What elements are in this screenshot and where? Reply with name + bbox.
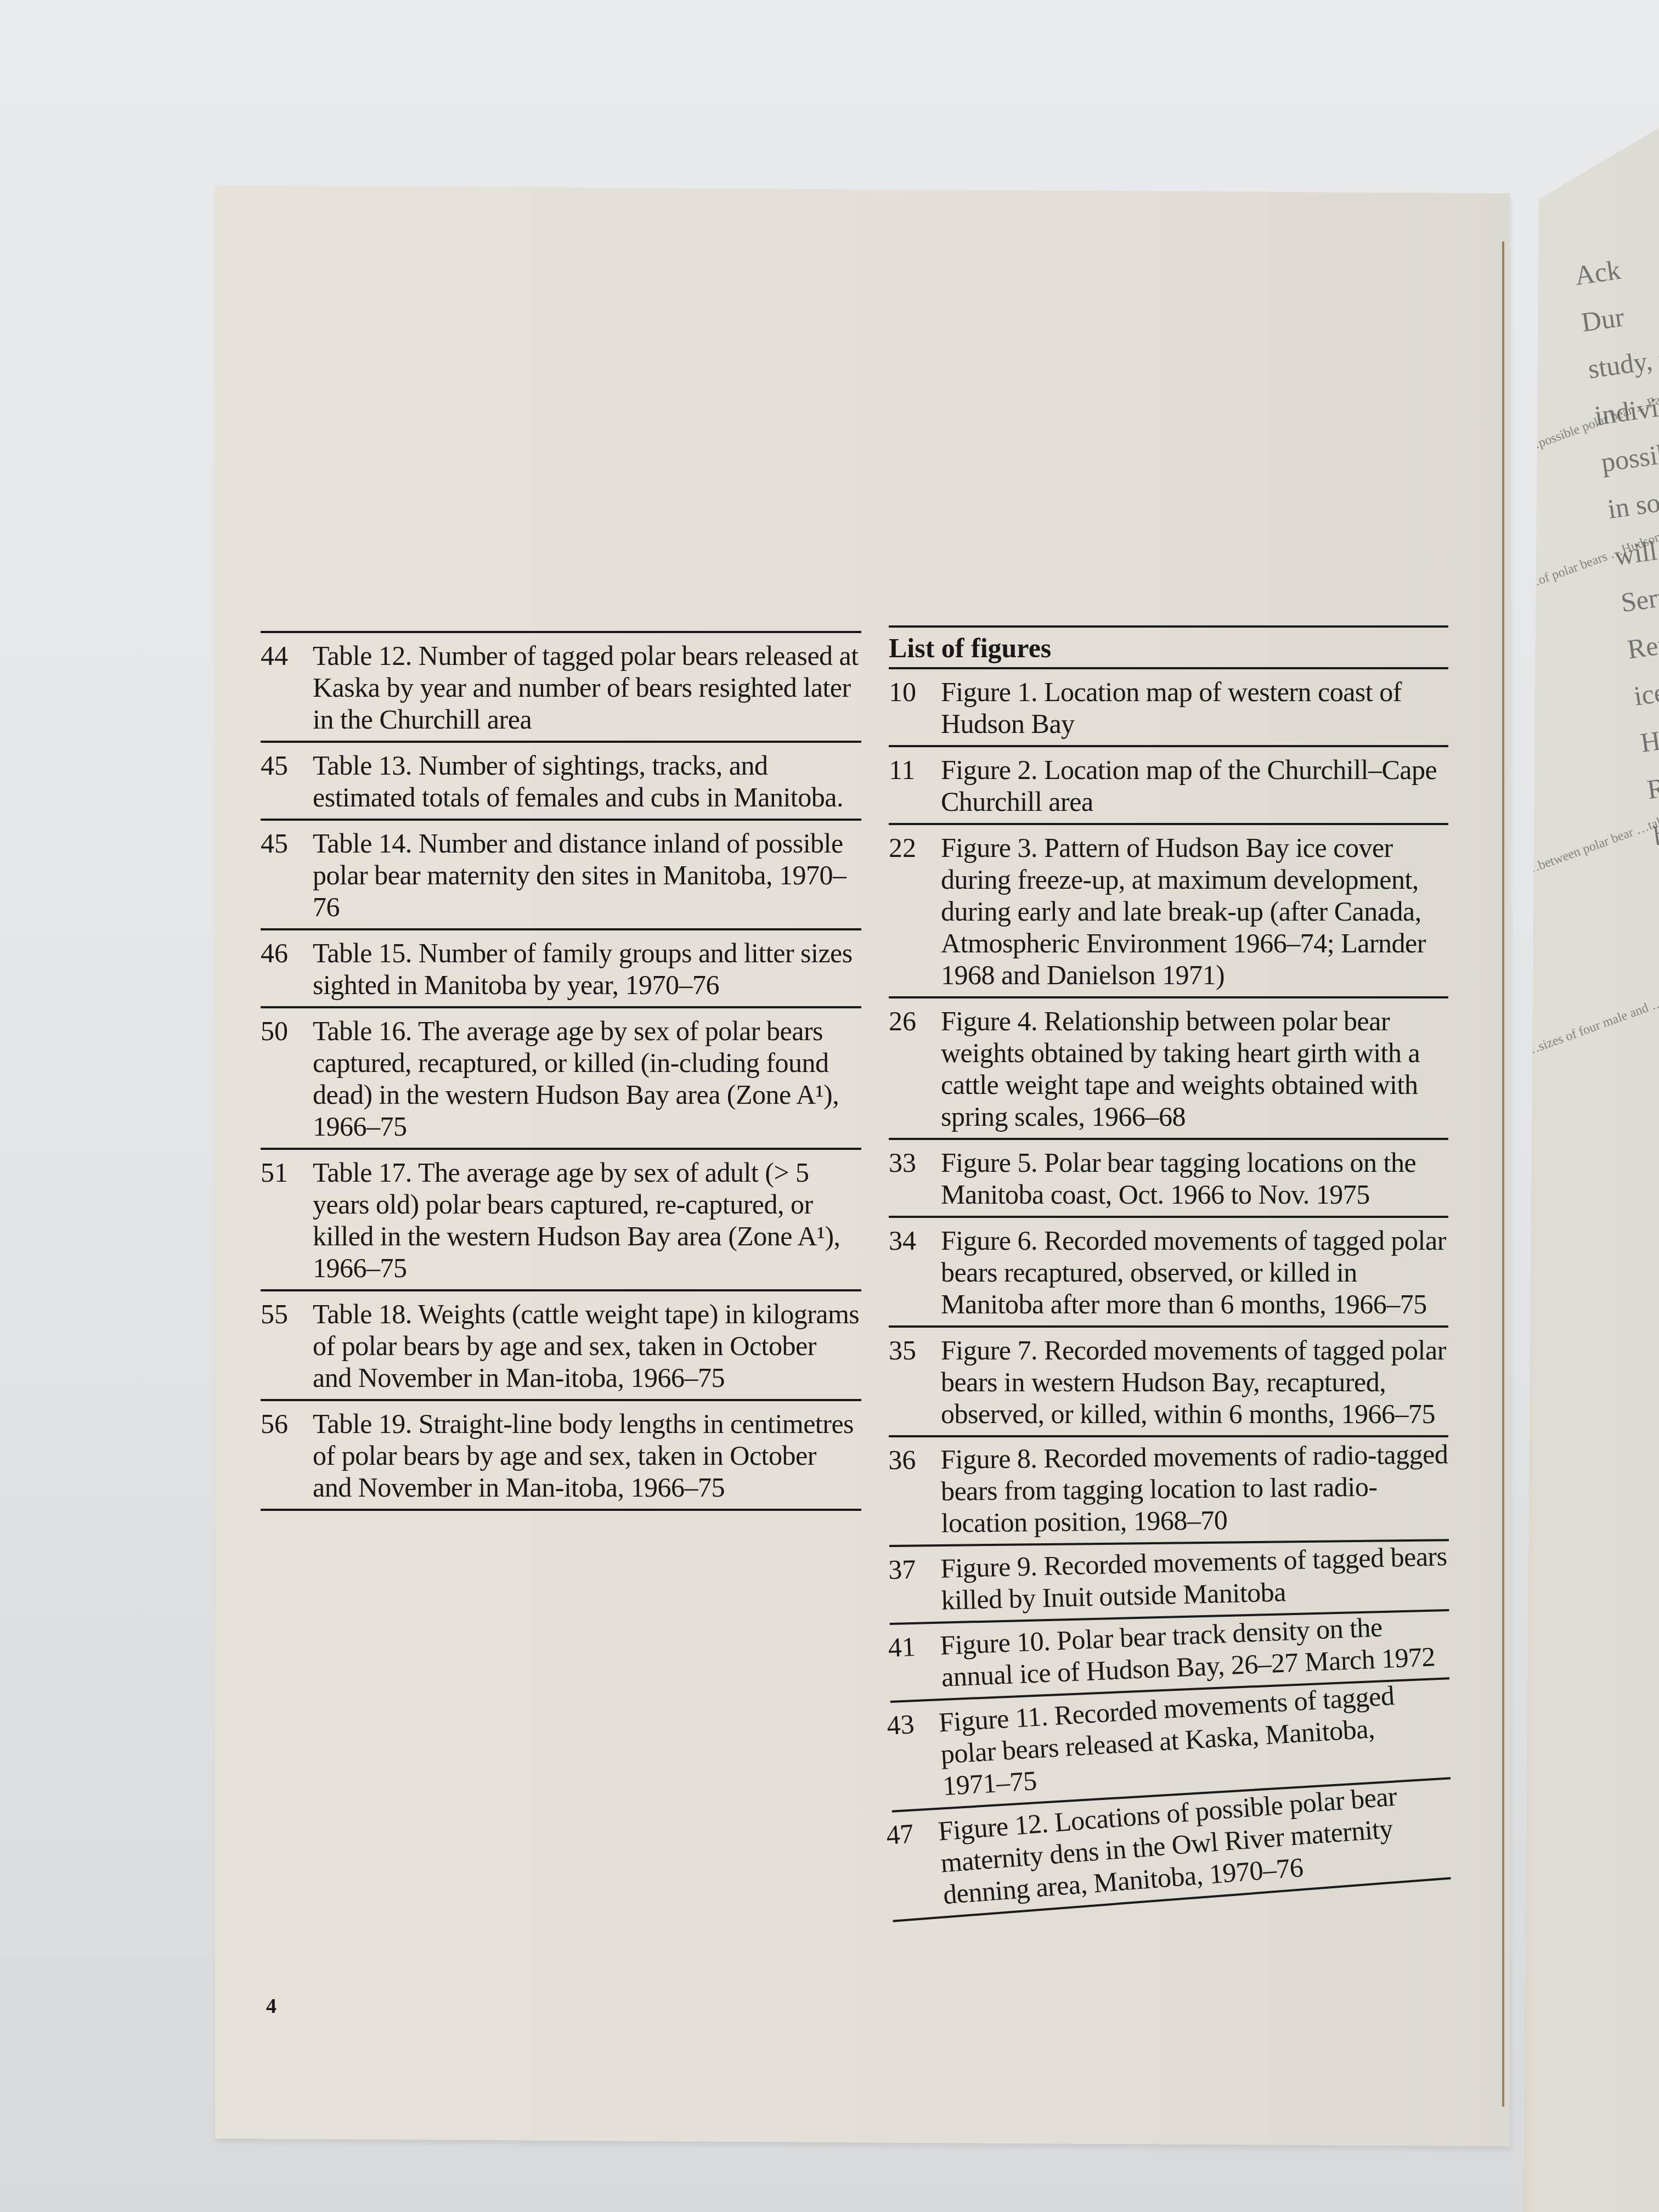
entry-caption: Figure 7. Recorded movements of tagged p…	[941, 1334, 1448, 1430]
page-reference: 51	[261, 1156, 313, 1188]
page-reference: 11	[889, 754, 941, 786]
toc-entry[interactable]: 34 Figure 6. Recorded movements of tagge…	[889, 1218, 1448, 1328]
page-reference: 10	[889, 676, 941, 708]
page-reference: 46	[261, 937, 313, 969]
page-reference: 55	[261, 1298, 313, 1330]
facing-page-caption: …between polar bear …taking heart girth …	[1523, 817, 1653, 879]
toc-entry[interactable]: 50 Table 16. The average age by sex of p…	[261, 1008, 861, 1150]
entry-caption: Table 18. Weights (cattle weight tape) i…	[313, 1298, 861, 1393]
page-reference: 22	[889, 832, 941, 864]
page-reference: 34	[889, 1224, 941, 1256]
page-reference: 33	[889, 1147, 941, 1178]
facing-page-caption: …sizes of four male and …with three or m…	[1523, 998, 1653, 1060]
toc-entry[interactable]: 10 Figure 1. Location map of western coa…	[889, 669, 1448, 747]
entry-caption: Figure 6. Recorded movements of tagged p…	[941, 1224, 1448, 1320]
entry-caption: Figure 8. Recorded movements of radio-ta…	[940, 1438, 1449, 1539]
page-reference: 41	[888, 1629, 941, 1663]
book-spine	[1502, 241, 1504, 2107]
entry-caption: Figure 5. Polar bear tagging locations o…	[941, 1147, 1448, 1210]
facing-page: AckDurstudy, weindividualpossible toin s…	[1506, 0, 1659, 2212]
list-of-tables: 44 Table 12. Number of tagged polar bear…	[261, 631, 861, 1511]
entry-caption: Figure 4. Relationship between polar bea…	[941, 1005, 1448, 1132]
toc-entry[interactable]: 22 Figure 3. Pattern of Hudson Bay ice c…	[889, 825, 1448, 998]
facing-page-line: Ack	[1572, 229, 1659, 299]
page-reference: 47	[885, 1815, 939, 1851]
toc-entry[interactable]: 51 Table 17. The average age by sex of a…	[261, 1150, 861, 1291]
page-reference: 26	[889, 1005, 941, 1037]
entry-caption: Table 13. Number of sightings, tracks, a…	[313, 749, 861, 813]
list-of-figures: List of figures 10 Figure 1. Location ma…	[889, 625, 1448, 1922]
entry-caption: Figure 3. Pattern of Hudson Bay ice cove…	[941, 832, 1448, 991]
toc-entry[interactable]: 55 Table 18. Weights (cattle weight tape…	[261, 1291, 861, 1401]
toc-entry[interactable]: 45 Table 14. Number and distance inland …	[261, 821, 861, 930]
entry-caption: Table 12. Number of tagged polar bears r…	[313, 640, 861, 735]
toc-entry[interactable]: 45 Table 13. Number of sightings, tracks…	[261, 743, 861, 821]
page-reference: 45	[261, 749, 313, 781]
entry-caption: Table 17. The average age by sex of adul…	[313, 1156, 861, 1284]
entry-caption: Table 14. Number and distance inland of …	[313, 827, 861, 923]
toc-entry[interactable]: 56 Table 19. Straight-line body lengths …	[261, 1401, 861, 1511]
entry-caption: Figure 2. Location map of the Churchill–…	[941, 754, 1448, 817]
page-reference: 56	[261, 1408, 313, 1440]
toc-entry[interactable]: 46 Table 15. Number of family groups and…	[261, 930, 861, 1008]
toc-entry[interactable]: 44 Table 12. Number of tagged polar bear…	[261, 633, 861, 743]
page-reference: 43	[886, 1707, 940, 1742]
toc-entry[interactable]: 36 Figure 8. Recorded movements of radio…	[888, 1431, 1449, 1547]
toc-entry[interactable]: 33 Figure 5. Polar bear tagging location…	[889, 1140, 1448, 1218]
page-reference: 36	[888, 1443, 941, 1476]
page-reference: 44	[261, 640, 313, 672]
page-reference: 35	[889, 1334, 941, 1366]
page-reference: 45	[261, 827, 313, 859]
entry-caption: Table 16. The average age by sex of pola…	[313, 1015, 861, 1142]
page-reference: 37	[888, 1553, 941, 1585]
entry-caption: Figure 1. Location map of western coast …	[941, 676, 1448, 740]
entry-caption: Table 15. Number of family groups and li…	[313, 937, 861, 1001]
entry-caption: Table 19. Straight-line body lengths in …	[313, 1408, 861, 1503]
toc-entry[interactable]: 26 Figure 4. Relationship between polar …	[889, 998, 1448, 1140]
toc-entry[interactable]: 11 Figure 2. Location map of the Churchi…	[889, 747, 1448, 825]
section-heading: List of figures	[889, 628, 1448, 669]
toc-entry[interactable]: 35 Figure 7. Recorded movements of tagge…	[889, 1328, 1448, 1437]
page-reference: 50	[261, 1015, 313, 1047]
page-number: 4	[266, 1994, 276, 2018]
